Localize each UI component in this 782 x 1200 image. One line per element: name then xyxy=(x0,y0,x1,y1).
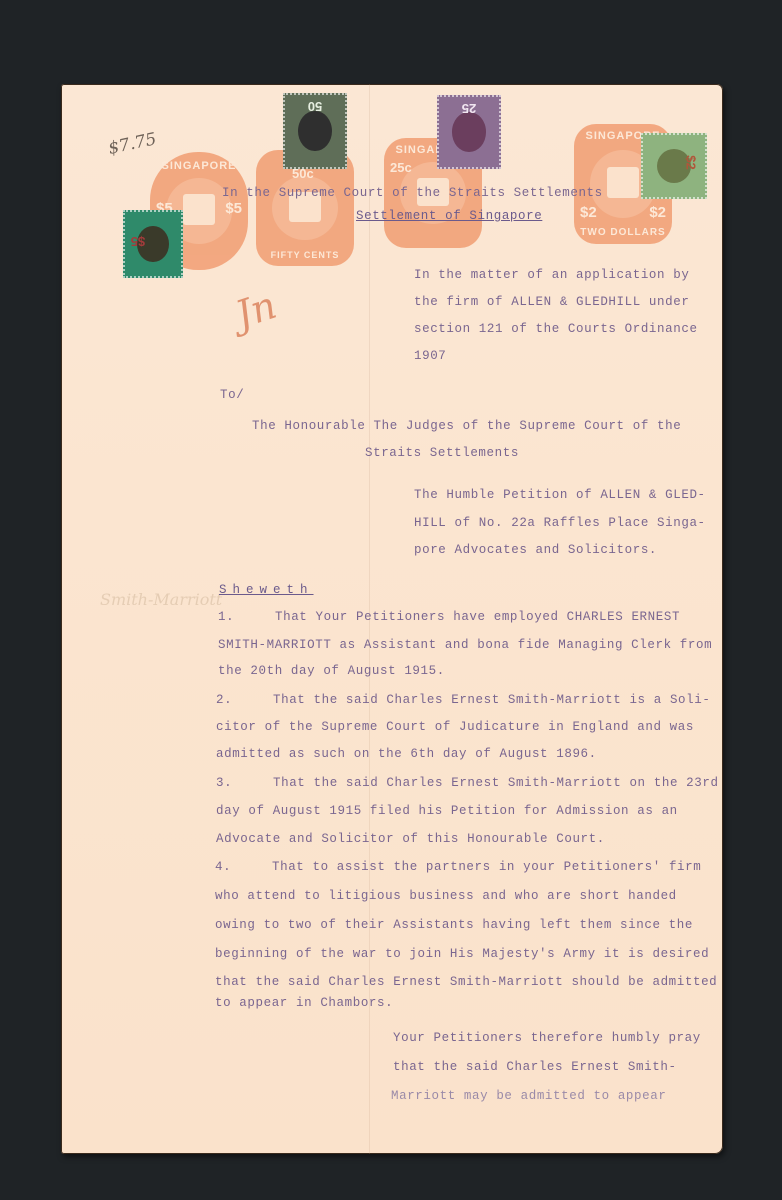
adhesive-stamp-25-cents: 25 xyxy=(437,95,501,169)
para-3-line-2: day of August 1915 filed his Petition fo… xyxy=(216,804,678,818)
matter-line-4: 1907 xyxy=(414,349,446,363)
prayer-line-2: that the said Charles Ernest Smith- xyxy=(393,1060,677,1074)
prayer-line-3: Marriott may be admitted to appear xyxy=(391,1089,666,1103)
para-4-line-2: who attend to litigious business and who… xyxy=(215,889,677,903)
sheweth-heading: Sheweth xyxy=(219,583,314,597)
para-2-line-1: That the said Charles Ernest Smith-Marri… xyxy=(273,693,710,707)
matter-line-3: section 121 of the Courts Ordinance xyxy=(414,322,698,336)
para-4-number: 4. xyxy=(215,860,231,874)
para-1-number: 1. xyxy=(218,610,234,624)
para-1-line-3: the 20th day of August 1915. xyxy=(218,664,445,678)
para-2-line-2: citor of the Supreme Court of Judicature… xyxy=(216,720,694,734)
addressee-line-1: The Honourable The Judges of the Supreme… xyxy=(252,419,681,433)
to-label: To/ xyxy=(220,388,244,402)
court-heading: In the Supreme Court of the Straits Sett… xyxy=(222,186,603,200)
para-2-line-3: admitted as such on the 6th day of Augus… xyxy=(216,747,597,761)
para-3-line-1: That the said Charles Ernest Smith-Marri… xyxy=(273,776,719,790)
petition-line-2: HILL of No. 22a Raffles Place Singa- xyxy=(414,516,706,530)
adhesive-stamp-50-cents: 50 xyxy=(283,93,347,169)
faint-signature: Smith-Marriott xyxy=(100,590,222,609)
matter-line-2: the firm of ALLEN & GLEDHILL under xyxy=(414,295,689,309)
para-4-line-4: beginning of the war to join His Majesty… xyxy=(215,947,709,961)
matter-line-1: In the matter of an application by xyxy=(414,268,689,282)
settlement-heading: Settlement of Singapore xyxy=(356,209,542,223)
para-3-line-3: Advocate and Solicitor of this Honourabl… xyxy=(216,832,605,846)
para-2-number: 2. xyxy=(216,693,232,707)
prayer-line-1: Your Petitioners therefore humbly pray xyxy=(393,1031,701,1045)
para-1-line-2: SMITH-MARRIOTT as Assistant and bona fid… xyxy=(218,638,712,652)
petition-line-3: pore Advocates and Solicitors. xyxy=(414,543,657,557)
adhesive-stamp-5-dollars: $5 xyxy=(123,210,183,278)
para-4-line-5: that the said Charles Ernest Smith-Marri… xyxy=(215,975,717,989)
para-3-number: 3. xyxy=(216,776,232,790)
para-1-line-1: That Your Petitioners have employed CHAR… xyxy=(275,610,680,624)
petition-line-1: The Humble Petition of ALLEN & GLED- xyxy=(414,488,706,502)
adhesive-stamp-2-dollars: $2 xyxy=(641,133,707,199)
para-4-line-1: That to assist the partners in your Peti… xyxy=(272,860,701,874)
addressee-line-2: Straits Settlements xyxy=(365,446,519,460)
para-4-line-3: owing to two of their Assistants having … xyxy=(215,918,693,932)
para-4-line-6: to appear in Chambors. xyxy=(215,996,393,1010)
